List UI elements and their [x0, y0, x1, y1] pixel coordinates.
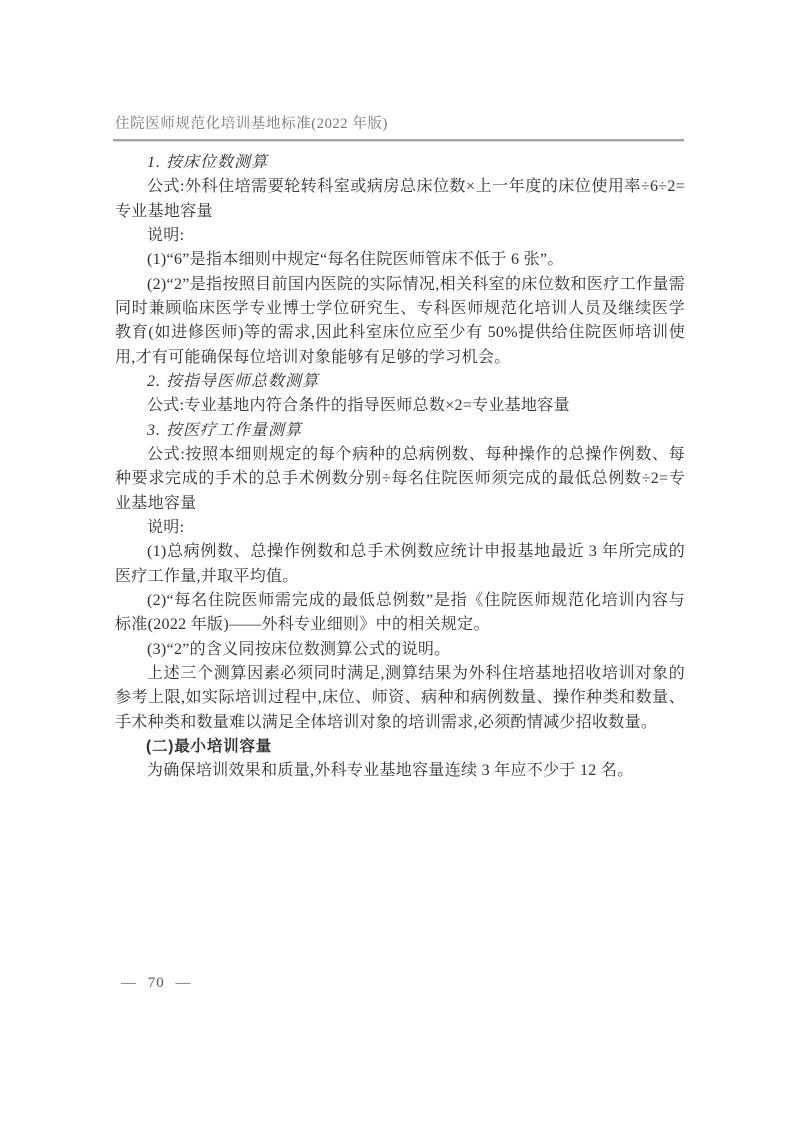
running-head-title: 住院医师规范化培训基地标准(2022 年版) [115, 112, 687, 133]
min-capacity-paragraph: 为确保培训效果和质量,外科专业基地容量连续 3 年应不少于 12 名。 [115, 759, 685, 783]
section-heading-min-capacity: (二)最小培训容量 [115, 735, 685, 759]
note-1-item-1: (1)“6”是指本细则中规定“每名住院医师管床不低于 6 张”。 [115, 248, 685, 272]
heading-method-2-supervisors: 2. 按指导医师总数测算 [115, 370, 685, 394]
document-page: 住院医师规范化培训基地标准(2022 年版) 1. 按床位数测算 公式:外科住培… [0, 0, 800, 1131]
page-number: — 70 — [121, 975, 192, 992]
note-1-item-2: (2)“2”是指按照目前国内医院的实际情况,相关科室的床位数和医疗工作量需同时兼… [115, 273, 685, 370]
heading-method-3-workload: 3. 按医疗工作量测算 [115, 419, 685, 443]
summary-paragraph: 上述三个测算因素必须同时满足,测算结果为外科住培基地招收培训对象的参考上限,如实… [115, 662, 685, 735]
formula-method-1: 公式:外科住培需要轮转科室或病房总床位数×上一年度的床位使用率÷6÷2=专业基地… [115, 175, 685, 224]
note-2-item-2: (2)“每名住院医师需完成的最低总例数”是指《住院医师规范化培训内容与标准(20… [115, 589, 685, 638]
notes-label-1: 说明: [115, 224, 685, 248]
heading-method-1-bed-count: 1. 按床位数测算 [115, 151, 685, 175]
document-body: 1. 按床位数测算 公式:外科住培需要轮转科室或病房总床位数×上一年度的床位使用… [115, 151, 685, 784]
note-2-item-3: (3)“2”的含义同按床位数测算公式的说明。 [115, 638, 685, 662]
header-rule [113, 139, 684, 142]
note-2-item-1: (1)总病例数、总操作例数和总手术例数应统计申报基地最近 3 年所完成的医疗工作… [115, 540, 685, 589]
formula-method-3: 公式:按照本细则规定的每个病种的总病例数、每种操作的总操作例数、每种要求完成的手… [115, 443, 685, 516]
formula-method-2: 公式:专业基地内符合条件的指导医师总数×2=专业基地容量 [115, 394, 685, 418]
notes-label-2: 说明: [115, 516, 685, 540]
